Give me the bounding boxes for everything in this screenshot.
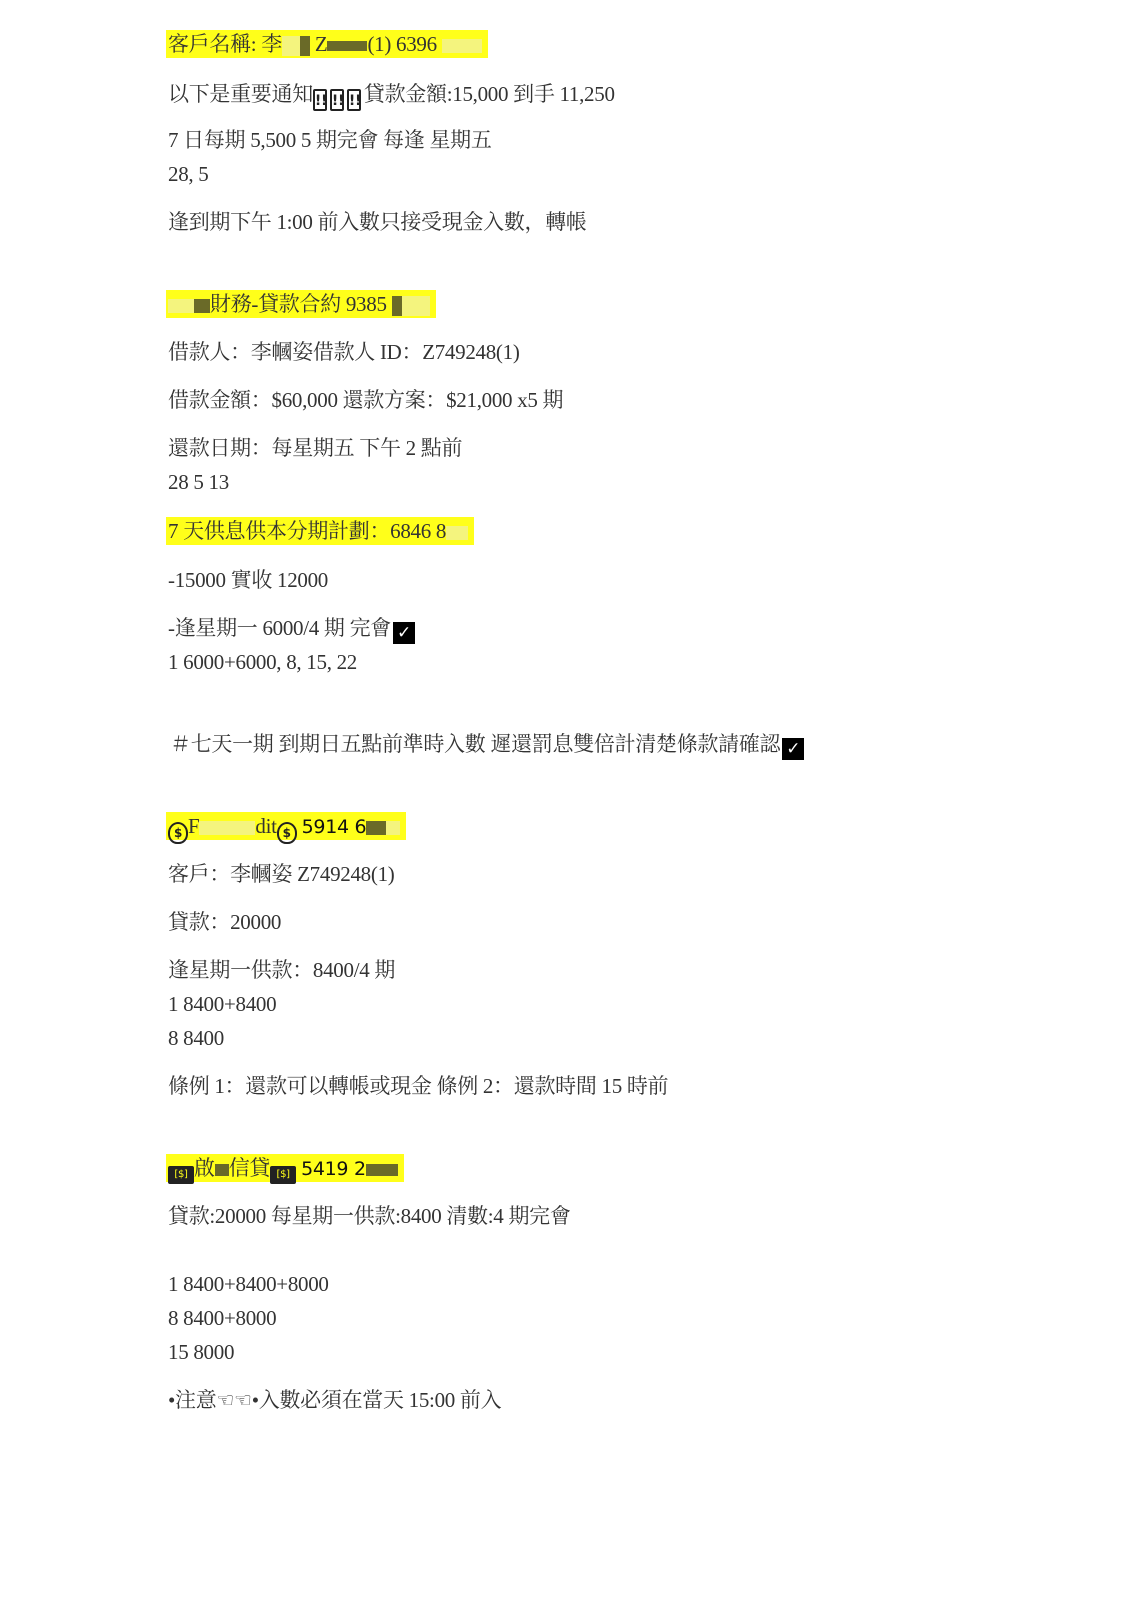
- text-line: 借款金額：$60,000 還款方案：$21,000 x5 期: [168, 386, 563, 414]
- highlighted-title: [$]啟信貸[$] 5419 2: [166, 1154, 404, 1182]
- id-prefix: Z: [310, 32, 327, 56]
- redaction-block: [386, 821, 400, 835]
- redaction-block: [442, 39, 482, 53]
- text-line: 貸款:20000 每星期一供款:8400 清數:4 期完會: [168, 1202, 571, 1230]
- text-line: 1 8400+8400+8000: [168, 1270, 329, 1298]
- loan-amount-text: 貸款金額:15,000 到手 11,250: [364, 82, 615, 106]
- pointing-hand-icon: ☜: [234, 1388, 252, 1412]
- text-line: 8 8400: [168, 1024, 224, 1052]
- header-number: 5419 2: [301, 1158, 366, 1180]
- lender-name-a: F: [188, 814, 199, 838]
- pointing-hand-icon: ☜: [216, 1388, 234, 1412]
- header-number: 5914 6: [302, 816, 367, 838]
- warning-icon: !!: [313, 89, 327, 111]
- text-line: 條例 1：還款可以轉帳或現金 條例 2：還款時間 15 時前: [168, 1072, 668, 1100]
- attention-line: •注意☜☜•入數必須在當天 15:00 前入: [168, 1386, 501, 1414]
- highlighted-title: 客戶名稱: 李 Z(1) 6396: [166, 30, 488, 58]
- section-2-header: 財務-貸款合約 9385: [168, 290, 436, 318]
- section-1-header: 客戶名稱: 李 Z(1) 6396: [168, 30, 488, 58]
- contract-title: 財務-貸款合約 9385: [210, 292, 392, 316]
- section-3-header: 7 天供息供本分期計劃：6846 8: [168, 517, 474, 545]
- text-line: 借款人：李幗姿借款人 ID：Z749248(1): [168, 338, 520, 366]
- cash-icon: [$]: [270, 1166, 296, 1184]
- section-5-header: [$]啟信貸[$] 5419 2: [168, 1154, 404, 1184]
- lender-name-b: 信貸: [229, 1156, 270, 1180]
- text-line: 逢星期一供款：8400/4 期: [168, 956, 395, 984]
- redaction-block: [168, 299, 194, 313]
- text-line: 7 日每期 5,500 5 期完會 每逢 星期五: [168, 126, 492, 154]
- schedule-text: -逢星期一 6000/4 期 完會: [168, 616, 391, 640]
- redaction-block: [402, 296, 430, 316]
- check-mark-icon: ✓: [782, 738, 804, 760]
- lender-name-a: 啟: [194, 1156, 215, 1180]
- redaction-block: [392, 296, 402, 316]
- redaction-block: [327, 41, 367, 51]
- redaction-block: [194, 299, 210, 313]
- highlighted-title: 7 天供息供本分期計劃：6846 8: [166, 517, 474, 545]
- redaction-block: [366, 1164, 398, 1176]
- customer-name-label: 客戶名稱: 李: [168, 32, 282, 56]
- terms-text: ＃七天一期 到期日五點前準時入數 遲還罰息雙倍計清楚條款請確認: [170, 732, 780, 756]
- header-number: (1) 6396: [367, 32, 441, 56]
- notice-text: 以下是重要通知: [168, 82, 313, 106]
- redaction-block: [300, 36, 310, 56]
- text-line: -逢星期一 6000/4 期 完會✓: [168, 614, 415, 644]
- redaction-block: [446, 526, 468, 540]
- text-line: 8 8400+8000: [168, 1304, 276, 1332]
- highlighted-title: 財務-貸款合約 9385: [166, 290, 436, 318]
- redaction-block: [215, 1164, 229, 1176]
- text-line: 15 8000: [168, 1338, 234, 1366]
- lender-name-b: dit: [255, 814, 276, 838]
- redaction-block: [282, 36, 300, 56]
- text-line: 1 6000+6000, 8, 15, 22: [168, 648, 357, 676]
- warning-icon: !!: [330, 89, 344, 111]
- text-line: 還款日期：每星期五 下午 2 點前: [168, 434, 462, 462]
- text-line: 逢到期下午 1:00 前入數只接受現金入數，轉帳: [168, 208, 587, 236]
- money-bag-icon: $: [168, 822, 188, 844]
- warning-icon: !!: [347, 89, 361, 111]
- deadline-text: •入數必須在當天 15:00 前入: [252, 1388, 502, 1412]
- redaction-block: [366, 821, 386, 835]
- text-line: 28 5 13: [168, 468, 229, 496]
- text-line: -15000 實收 12000: [168, 566, 328, 594]
- money-bag-icon: $: [277, 822, 297, 844]
- terms-note: ＃七天一期 到期日五點前準時入數 遲還罰息雙倍計清楚條款請確認✓: [170, 730, 804, 760]
- cash-icon: [$]: [168, 1166, 194, 1184]
- section-4-header: $Fdit$ 5914 6: [168, 812, 406, 844]
- attention-label: •注意: [168, 1388, 216, 1412]
- text-line: 貸款：20000: [168, 908, 281, 936]
- plan-title: 7 天供息供本分期計劃：6846 8: [168, 519, 446, 543]
- check-mark-icon: ✓: [393, 622, 415, 644]
- text-line: 28, 5: [168, 160, 209, 188]
- notice-line: 以下是重要通知!!!!!!貸款金額:15,000 到手 11,250: [168, 80, 615, 111]
- text-line: 1 8400+8400: [168, 990, 276, 1018]
- redaction-block: [199, 821, 255, 835]
- text-line: 客戶：李幗姿 Z749248(1): [168, 860, 394, 888]
- highlighted-title: $Fdit$ 5914 6: [166, 812, 406, 840]
